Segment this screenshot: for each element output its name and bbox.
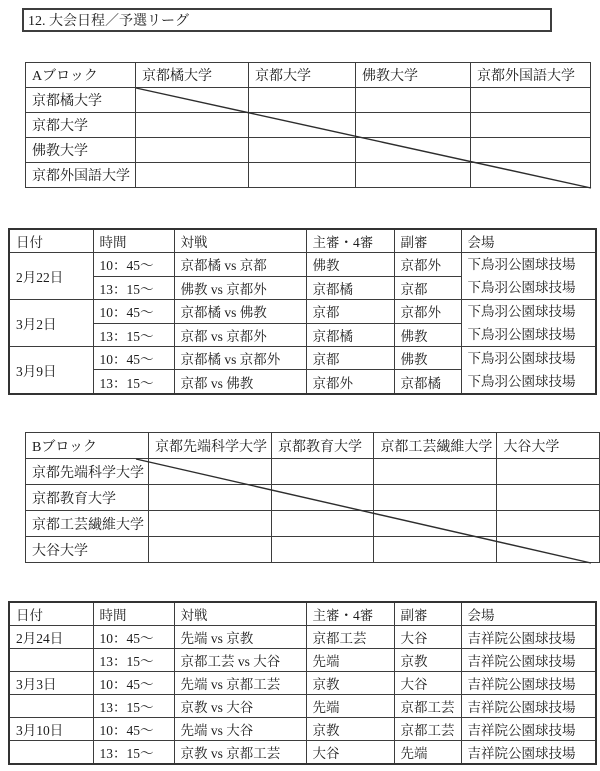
block-b-row-header: 京都先端科学大学 [26, 459, 149, 485]
matrix-cell [374, 459, 497, 485]
match-cell: 京教 vs 大谷 [174, 695, 306, 718]
table-header-row: 日付 時間 対戦 主審・4審 副審 会場 [9, 229, 596, 253]
matrix-cell [471, 163, 591, 188]
block-a-matrix: Aブロック 京都橘大学 京都大学 佛教大学 京都外国語大学 京都橘大学 京都大学 [25, 62, 591, 188]
block-a-col-header: 佛教大学 [356, 63, 471, 88]
matrix-cell [272, 459, 374, 485]
block-a-row-header: 京都橘大学 [26, 88, 136, 113]
matrix-cell [249, 113, 356, 138]
referee-cell: 京都外 [306, 370, 394, 394]
assistant-referee-cell: 京都橘 [394, 370, 461, 394]
matrix-cell [497, 459, 600, 485]
assistant-referee-cell: 大谷 [394, 626, 461, 649]
match-cell: 先端 vs 京教 [174, 626, 306, 649]
header-match: 対戦 [174, 602, 306, 626]
time-cell: 13：15〜 [93, 276, 174, 300]
matrix-cell [136, 138, 249, 163]
block-b-corner: Bブロック [26, 433, 149, 459]
header-match: 対戦 [174, 229, 306, 253]
assistant-referee-cell: 京教 [394, 649, 461, 672]
match-cell: 京都 vs 京都外 [174, 323, 306, 347]
referee-cell: 佛教 [306, 253, 394, 277]
matrix-cell [471, 138, 591, 163]
matrix-cell [272, 485, 374, 511]
matrix-cell [149, 485, 272, 511]
date-cell: 3月3日 [9, 672, 93, 695]
table-row: 3月3日 10：45〜 先端 vs 京都工芸 京教 大谷 吉祥院公園球技場 [9, 672, 596, 695]
block-a-col-header: 京都橘大学 [136, 63, 249, 88]
block-b-col-header: 京都教育大学 [272, 433, 374, 459]
venue-cell: 吉祥院公園球技場 [461, 649, 596, 672]
venue-line: 下鳥羽公園球技場 [462, 276, 596, 299]
table-row: 京都橘大学 [26, 88, 591, 113]
matrix-cell [272, 537, 374, 563]
venue-cell: 下鳥羽公園球技場 下鳥羽公園球技場 [461, 347, 596, 395]
time-cell: 13：15〜 [93, 649, 174, 672]
match-cell: 京都 vs 佛教 [174, 370, 306, 394]
match-cell: 京都橘 vs 佛教 [174, 300, 306, 324]
matrix-cell [272, 511, 374, 537]
time-cell: 10：45〜 [93, 300, 174, 324]
table-row: 大谷大学 [26, 537, 600, 563]
date-cell: 2月24日 [9, 626, 93, 649]
date-cell-empty [9, 741, 93, 765]
assistant-referee-cell: 京都工芸 [394, 695, 461, 718]
table-row: 京都先端科学大学 [26, 459, 600, 485]
match-cell: 京都橘 vs 京都 [174, 253, 306, 277]
table-row: 2月22日 10：45〜 京都橘 vs 京都 佛教 京都外 下鳥羽公園球技場 下… [9, 253, 596, 277]
page-title: 12. 大会日程／予選リーグ [28, 10, 189, 30]
block-a-table: Aブロック 京都橘大学 京都大学 佛教大学 京都外国語大学 京都橘大学 京都大学 [25, 62, 591, 188]
block-b-row-header: 京都教育大学 [26, 485, 149, 511]
table-row: 佛教大学 [26, 138, 591, 163]
matrix-cell [374, 511, 497, 537]
matrix-cell [249, 88, 356, 113]
referee-cell: 先端 [306, 695, 394, 718]
table-row: 13：15〜 京教 vs 大谷 先端 京都工芸 吉祥院公園球技場 [9, 695, 596, 718]
venue-cell: 吉祥院公園球技場 [461, 695, 596, 718]
header-venue: 会場 [461, 229, 596, 253]
block-b-col-header: 大谷大学 [497, 433, 600, 459]
time-cell: 13：15〜 [93, 695, 174, 718]
header-time: 時間 [93, 229, 174, 253]
match-cell: 先端 vs 京都工芸 [174, 672, 306, 695]
matrix-cell [497, 485, 600, 511]
matrix-cell [149, 511, 272, 537]
matrix-cell [356, 163, 471, 188]
referee-cell: 京教 [306, 718, 394, 741]
document-page: 12. 大会日程／予選リーグ Aブロック 京都橘大学 京都大学 佛教大学 京都外… [0, 0, 600, 771]
date-cell-empty [9, 695, 93, 718]
venue-line: 下鳥羽公園球技場 [462, 370, 596, 393]
time-cell: 10：45〜 [93, 347, 174, 370]
referee-cell: 京都 [306, 347, 394, 370]
matrix-cell [374, 485, 497, 511]
date-cell: 3月10日 [9, 718, 93, 741]
date-cell: 3月9日 [9, 347, 93, 395]
matrix-cell [149, 537, 272, 563]
referee-cell: 先端 [306, 649, 394, 672]
block-a-corner: Aブロック [26, 63, 136, 88]
venue-line: 下鳥羽公園球技場 [462, 347, 596, 370]
matrix-cell [136, 163, 249, 188]
venue-cell: 吉祥院公園球技場 [461, 718, 596, 741]
match-cell: 先端 vs 大谷 [174, 718, 306, 741]
match-cell: 京都工芸 vs 大谷 [174, 649, 306, 672]
table-row: 京都外国語大学 [26, 163, 591, 188]
date-cell: 2月22日 [9, 253, 93, 300]
table-row: 2月24日 10：45〜 先端 vs 京教 京都工芸 大谷 吉祥院公園球技場 [9, 626, 596, 649]
header-assistant-referee: 副審 [394, 602, 461, 626]
venue-cell: 吉祥院公園球技場 [461, 741, 596, 765]
schedule-b-table: 日付 時間 対戦 主審・4審 副審 会場 2月24日 10：45〜 先端 vs … [8, 601, 597, 765]
table-row: 京都教育大学 [26, 485, 600, 511]
assistant-referee-cell: 京都外 [394, 300, 461, 324]
referee-cell: 京都橘 [306, 276, 394, 300]
table-row: 京都工芸繊維大学 [26, 511, 600, 537]
assistant-referee-cell: 大谷 [394, 672, 461, 695]
matrix-cell [249, 138, 356, 163]
time-cell: 13：15〜 [93, 323, 174, 347]
time-cell: 10：45〜 [93, 672, 174, 695]
referee-cell: 京都工芸 [306, 626, 394, 649]
matrix-cell [356, 138, 471, 163]
referee-cell: 京都 [306, 300, 394, 324]
venue-line: 下鳥羽公園球技場 [462, 300, 596, 323]
matrix-cell [356, 88, 471, 113]
header-date: 日付 [9, 229, 93, 253]
matrix-cell [136, 88, 249, 113]
assistant-referee-cell: 京都 [394, 276, 461, 300]
time-cell: 10：45〜 [93, 626, 174, 649]
time-cell: 13：15〜 [93, 370, 174, 394]
assistant-referee-cell: 京都工芸 [394, 718, 461, 741]
block-b-col-header: 京都工芸繊維大学 [374, 433, 497, 459]
venue-cell: 吉祥院公園球技場 [461, 672, 596, 695]
assistant-referee-cell: 先端 [394, 741, 461, 765]
block-b-table: Bブロック 京都先端科学大学 京都教育大学 京都工芸繊維大学 大谷大学 京都先端… [25, 432, 600, 563]
referee-cell: 京都橘 [306, 323, 394, 347]
block-a-col-header: 京都大学 [249, 63, 356, 88]
block-a-row-header: 佛教大学 [26, 138, 136, 163]
block-a-row-header: 京都大学 [26, 113, 136, 138]
matrix-cell [149, 459, 272, 485]
time-cell: 13：15〜 [93, 741, 174, 765]
matrix-cell [374, 537, 497, 563]
venue-cell: 吉祥院公園球技場 [461, 626, 596, 649]
venue-cell: 下鳥羽公園球技場 下鳥羽公園球技場 [461, 253, 596, 300]
header-time: 時間 [93, 602, 174, 626]
assistant-referee-cell: 佛教 [394, 347, 461, 370]
block-b-matrix: Bブロック 京都先端科学大学 京都教育大学 京都工芸繊維大学 大谷大学 京都先端… [25, 432, 600, 563]
block-a-row-header: 京都外国語大学 [26, 163, 136, 188]
header-assistant-referee: 副審 [394, 229, 461, 253]
referee-cell: 大谷 [306, 741, 394, 765]
header-referee: 主審・4審 [306, 602, 394, 626]
time-cell: 10：45〜 [93, 253, 174, 277]
matrix-cell [497, 511, 600, 537]
matrix-cell [136, 113, 249, 138]
table-row: Aブロック 京都橘大学 京都大学 佛教大学 京都外国語大学 [26, 63, 591, 88]
assistant-referee-cell: 京都外 [394, 253, 461, 277]
block-b-row-header: 大谷大学 [26, 537, 149, 563]
table-row: 13：15〜 京都工芸 vs 大谷 先端 京教 吉祥院公園球技場 [9, 649, 596, 672]
block-b-col-header: 京都先端科学大学 [149, 433, 272, 459]
schedule-a-table: 日付 時間 対戦 主審・4審 副審 会場 2月22日 10：45〜 京都橘 vs… [8, 228, 597, 395]
date-cell: 3月2日 [9, 300, 93, 347]
match-cell: 京教 vs 京都工芸 [174, 741, 306, 765]
venue-line: 下鳥羽公園球技場 [462, 253, 596, 276]
match-cell: 佛教 vs 京都外 [174, 276, 306, 300]
match-cell: 京都橘 vs 京都外 [174, 347, 306, 370]
venue-cell: 下鳥羽公園球技場 下鳥羽公園球技場 [461, 300, 596, 347]
block-b-row-header: 京都工芸繊維大学 [26, 511, 149, 537]
table-row: Bブロック 京都先端科学大学 京都教育大学 京都工芸繊維大学 大谷大学 [26, 433, 600, 459]
table-header-row: 日付 時間 対戦 主審・4審 副審 会場 [9, 602, 596, 626]
header-venue: 会場 [461, 602, 596, 626]
table-row: 3月2日 10：45〜 京都橘 vs 佛教 京都 京都外 下鳥羽公園球技場 下鳥… [9, 300, 596, 324]
assistant-referee-cell: 佛教 [394, 323, 461, 347]
matrix-cell [497, 537, 600, 563]
table-row: 3月9日 10：45〜 京都橘 vs 京都外 京都 佛教 下鳥羽公園球技場 下鳥… [9, 347, 596, 370]
table-row: 3月10日 10：45〜 先端 vs 大谷 京教 京都工芸 吉祥院公園球技場 [9, 718, 596, 741]
header-referee: 主審・4審 [306, 229, 394, 253]
matrix-cell [356, 113, 471, 138]
matrix-cell [471, 88, 591, 113]
date-cell-empty [9, 649, 93, 672]
time-cell: 10：45〜 [93, 718, 174, 741]
page-title-box: 12. 大会日程／予選リーグ [22, 8, 552, 32]
matrix-cell [471, 113, 591, 138]
venue-line: 下鳥羽公園球技場 [462, 323, 596, 346]
block-a-col-header: 京都外国語大学 [471, 63, 591, 88]
table-row: 京都大学 [26, 113, 591, 138]
referee-cell: 京教 [306, 672, 394, 695]
matrix-cell [249, 163, 356, 188]
table-row: 13：15〜 京教 vs 京都工芸 大谷 先端 吉祥院公園球技場 [9, 741, 596, 765]
header-date: 日付 [9, 602, 93, 626]
